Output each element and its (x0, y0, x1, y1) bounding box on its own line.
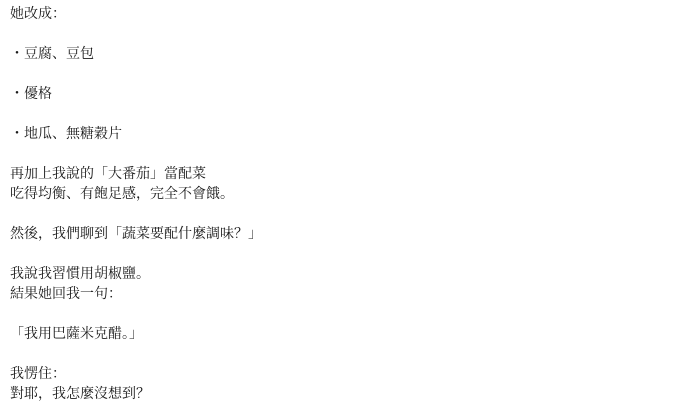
blank-line (10, 344, 262, 364)
document-body: 她改成： ・豆腐、豆包 ・優格 ・地瓜、無糖穀片 再加上我說的「大番茄」當配菜 … (10, 4, 262, 404)
text-line: 再加上我說的「大番茄」當配菜 (10, 164, 262, 184)
text-line: 我愣住： (10, 364, 262, 384)
text-line: 吃得均衡、有飽足感，完全不會餓。 (10, 184, 262, 204)
text-line: 對耶，我怎麼沒想到？ (10, 384, 262, 404)
blank-line (10, 204, 262, 224)
blank-line (10, 244, 262, 264)
text-line: 然後，我們聊到「蔬菜要配什麼調味？」 (10, 224, 262, 244)
text-line: 我說我習慣用胡椒鹽。 (10, 264, 262, 284)
blank-line (10, 24, 262, 44)
blank-line (10, 144, 262, 164)
bullet-item: ・優格 (10, 84, 262, 104)
text-line: 她改成： (10, 4, 262, 24)
blank-line (10, 64, 262, 84)
bullet-item: ・地瓜、無糖穀片 (10, 124, 262, 144)
bullet-item: ・豆腐、豆包 (10, 44, 262, 64)
text-line: 結果她回我一句： (10, 284, 262, 304)
blank-line (10, 104, 262, 124)
blank-line (10, 304, 262, 324)
quote-line: 「我用巴薩米克醋。」 (10, 324, 262, 344)
